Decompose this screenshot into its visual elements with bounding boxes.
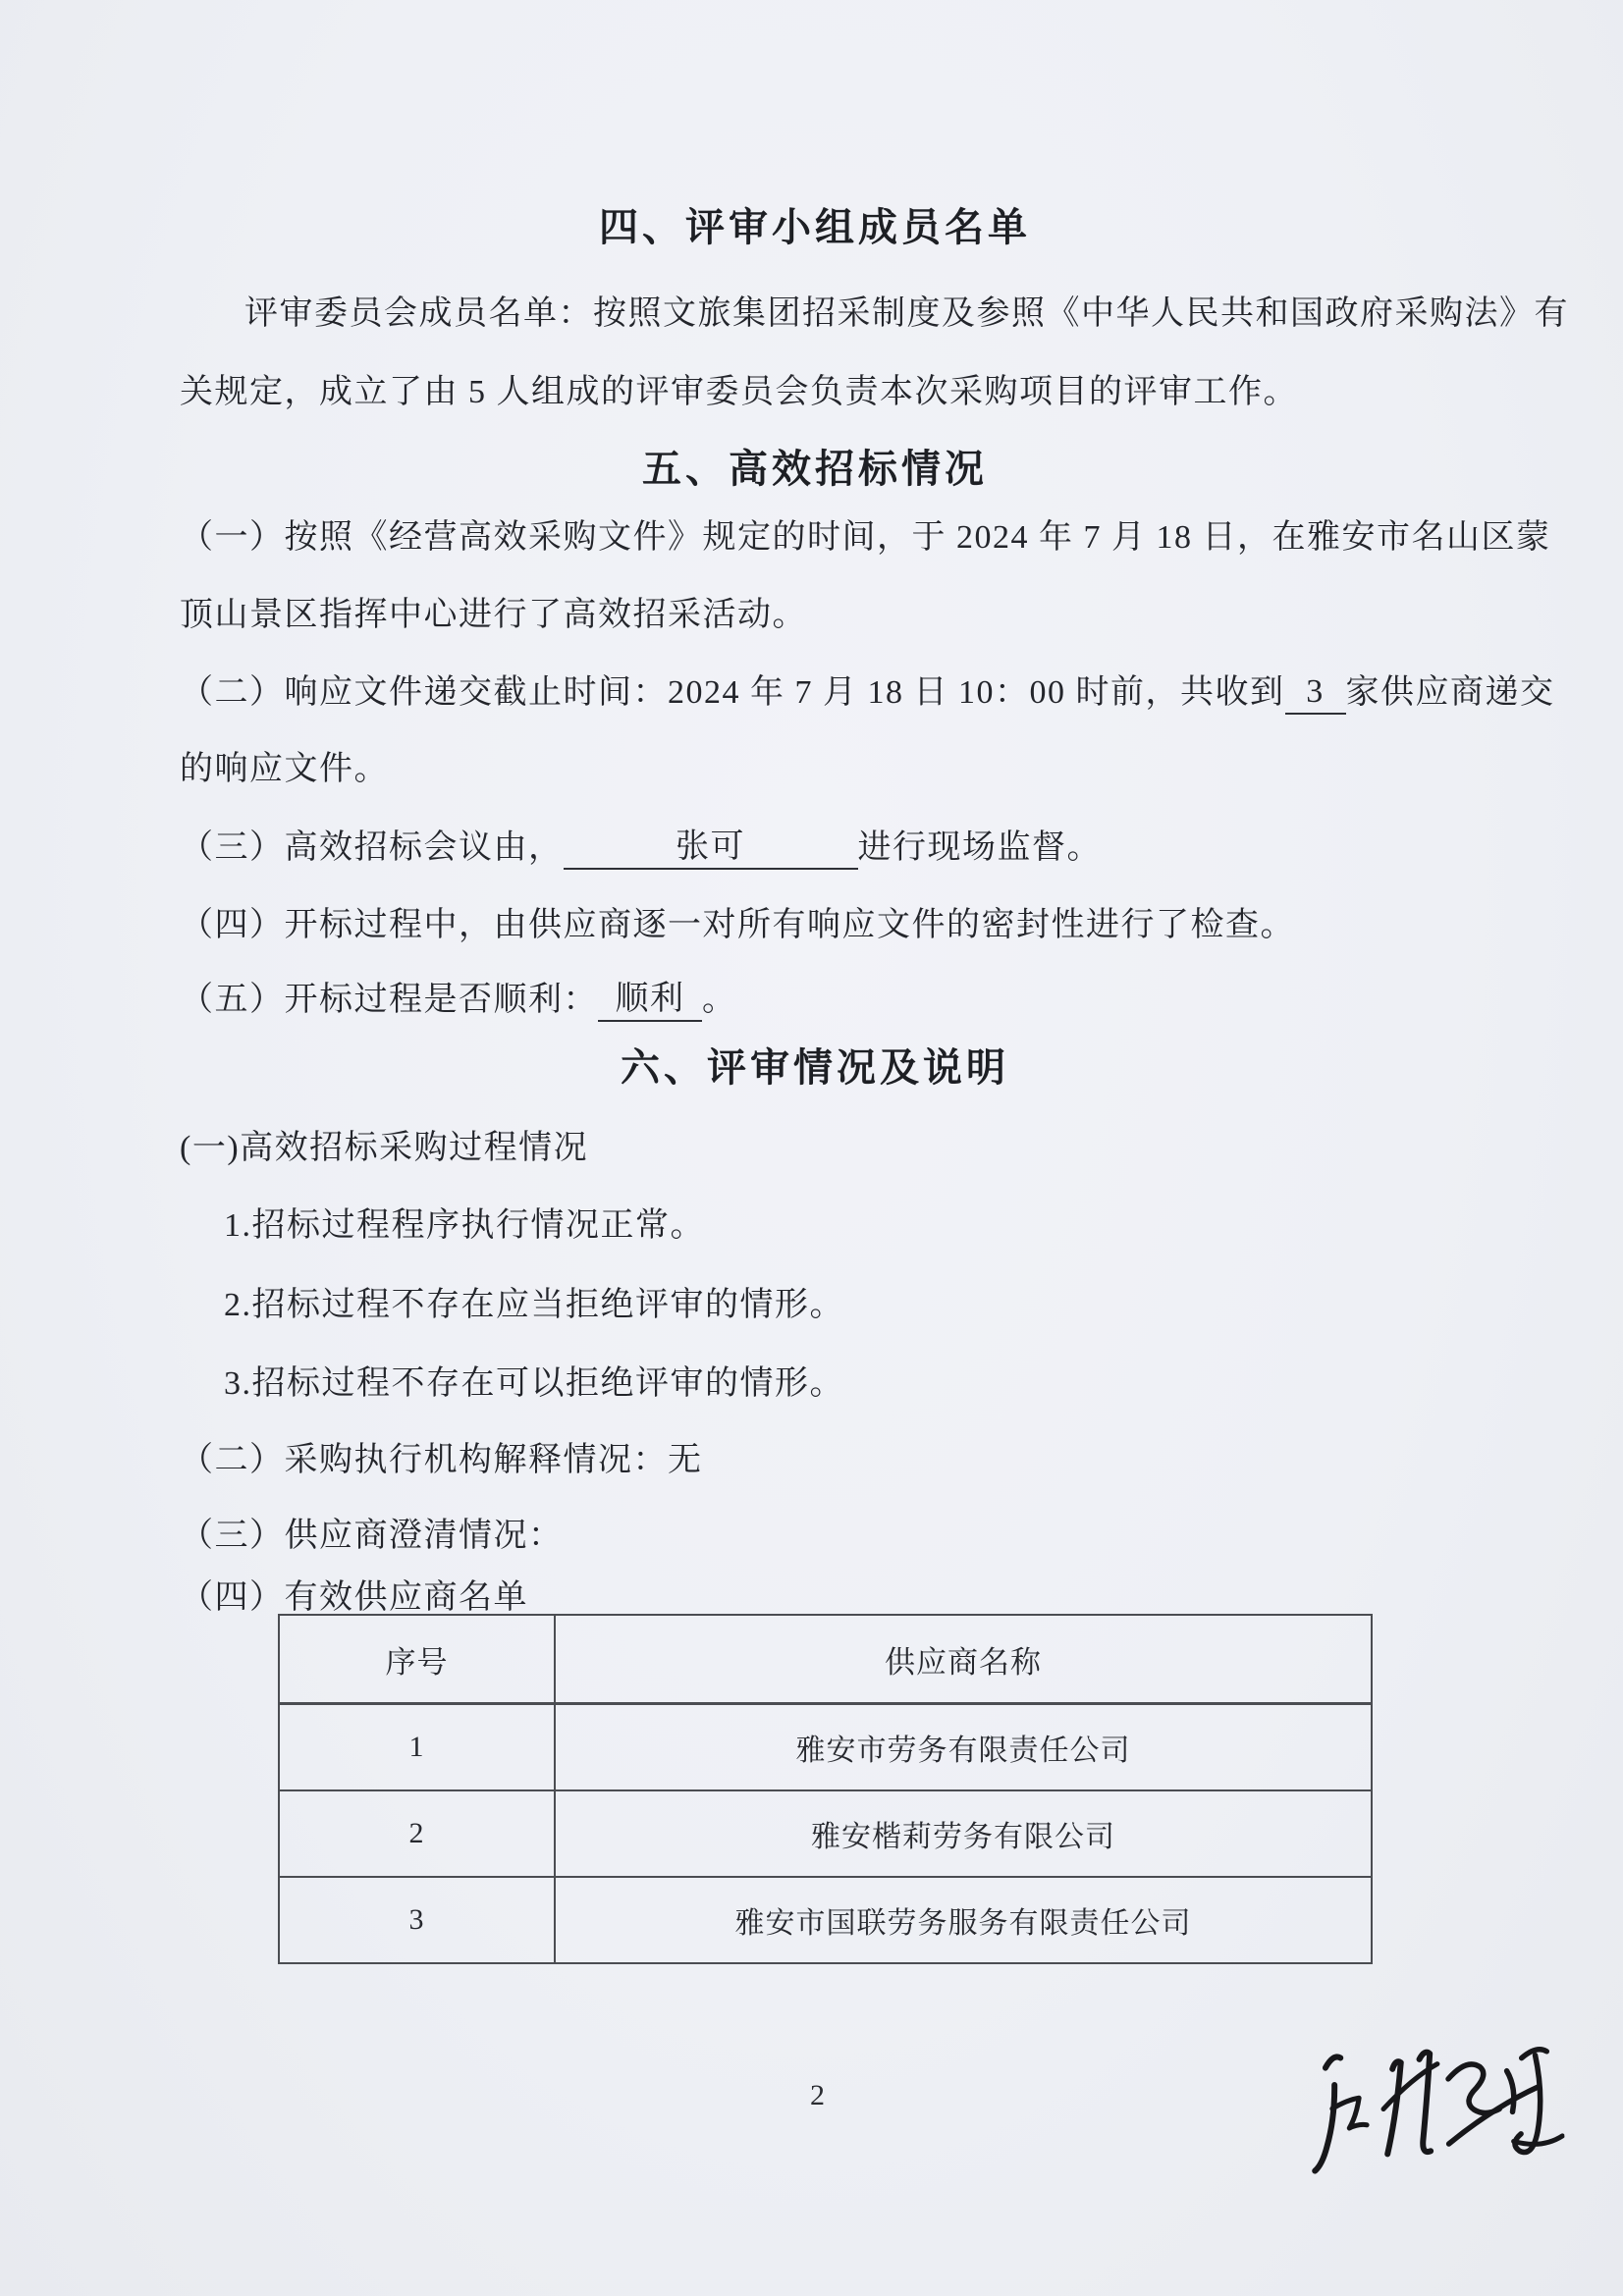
column-header-supplier-name: 供应商名称 (555, 1615, 1372, 1704)
section6-sub3: （三）供应商澄清情况： (180, 1515, 1574, 1558)
section6-sub2: （二）采购执行机构解释情况：无 (180, 1439, 1574, 1482)
table-row: 2 雅安楷莉劳务有限公司 (279, 1790, 1372, 1877)
section6-sub1: (一)高效招标采购过程情况 (180, 1127, 1574, 1170)
item3-text-before: （三）高效招标会议由， (180, 829, 564, 866)
table-header-row: 序号 供应商名称 (279, 1615, 1372, 1704)
section5-item3-line: （三）高效招标会议由，张可进行现场监督。 (180, 827, 1574, 870)
section6-sub1-point3: 3.招标过程不存在可以拒绝评审的情形。 (224, 1362, 1618, 1406)
row2-no: 2 (279, 1790, 555, 1877)
section6-heading: 六、评审情况及说明 (29, 1037, 1600, 1093)
section6-sub1-point2: 2.招标过程不存在应当拒绝评审的情形。 (224, 1284, 1618, 1327)
column-header-no: 序号 (279, 1615, 555, 1704)
section5-item5-line: （五）开标过程是否顺利：顺利。 (180, 979, 1574, 1022)
row3-no: 3 (279, 1877, 555, 1963)
item3-text-after: 进行现场监督。 (858, 829, 1103, 866)
item2-fill-in-count: 3 (1285, 671, 1346, 715)
row1-no: 1 (279, 1704, 555, 1791)
table-row: 3 雅安市国联劳务服务有限责任公司 (279, 1877, 1372, 1963)
item5-text-before: （五）开标过程是否顺利： (180, 982, 598, 1018)
section6-sub1-point1: 1.招标过程程序执行情况正常。 (224, 1204, 1618, 1248)
section5-heading: 五、高效招标情况 (29, 438, 1600, 494)
signature-scribble (1271, 2010, 1566, 2177)
section4-heading: 四、评审小组成员名单 (29, 196, 1600, 252)
section5-item1-line1: （一）按照《经营高效采购文件》规定的时间，于 2024 年 7 月 18 日，在… (180, 516, 1574, 560)
row2-supplier-name: 雅安楷莉劳务有限公司 (555, 1790, 1372, 1877)
item5-fill-in-result: 顺利 (598, 979, 702, 1022)
item2-text-before: （二）响应文件递交截止时间：2024 年 7 月 18 日 10：00 时前，共… (180, 674, 1285, 711)
section5-item2-line1: （二）响应文件递交截止时间：2024 年 7 月 18 日 10：00 时前，共… (180, 671, 1574, 715)
section4-paragraph-line2: 关规定，成立了由 5 人组成的评审委员会负责本次采购项目的评审工作。 (180, 371, 1574, 414)
row3-supplier-name: 雅安市国联劳务服务有限责任公司 (555, 1877, 1372, 1963)
item2-text-after: 家供应商递交 (1346, 674, 1555, 711)
section5-item4-line: （四）开标过程中，由供应商逐一对所有响应文件的密封性进行了检查。 (180, 904, 1574, 947)
section5-item2-line2: 的响应文件。 (180, 748, 1574, 791)
row1-supplier-name: 雅安市劳务有限责任公司 (555, 1704, 1372, 1791)
valid-supplier-table: 序号 供应商名称 1 雅安市劳务有限责任公司 2 雅安楷莉劳务有限公司 3 雅安… (278, 1614, 1373, 1964)
section5-item1-line2: 顶山景区指挥中心进行了高效招采活动。 (180, 594, 1574, 637)
scanned-document-page: 四、评审小组成员名单 评审委员会成员名单：按照文旅集团招采制度及参照《中华人民共… (0, 0, 1623, 2296)
item3-fill-in-supervisor: 张可 (564, 827, 858, 870)
item5-text-after: 。 (702, 982, 737, 1018)
table-row: 1 雅安市劳务有限责任公司 (279, 1704, 1372, 1791)
section4-paragraph-line1: 评审委员会成员名单：按照文旅集团招采制度及参照《中华人民共和国政府采购法》有 (180, 293, 1574, 336)
